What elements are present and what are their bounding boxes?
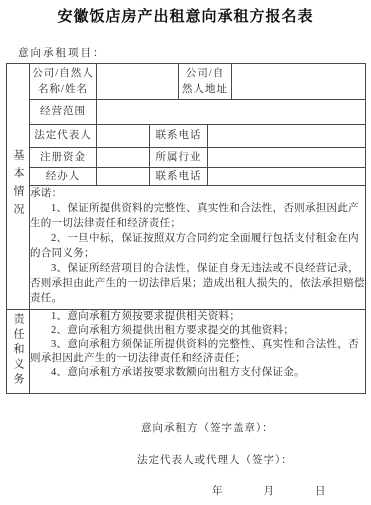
table-row: 注册资金 所属行业 [7, 148, 366, 168]
commitment-item-1: 1、保证所提供资料的完整性、真实性和合法性，否则承担因此产生的一切法律责任和经济… [30, 201, 365, 231]
duty-item-4: 4、意向承租方承诺按要求数额向出租方支付保证金。 [30, 366, 365, 380]
duty-item-1: 1、意向承租方须按要求提供相关资料； [30, 310, 365, 324]
commitment-heading: 承诺： [30, 186, 365, 201]
legal-rep-label: 法定代表人 [30, 125, 97, 148]
commitment-cell: 承诺： 1、保证所提供资料的完整性、真实性和合法性，否则承担因此产生的一切法律责… [30, 186, 366, 310]
section-basic-info: 基本情况 [7, 64, 30, 310]
business-scope-field [97, 100, 366, 125]
legal-rep-field [97, 125, 150, 148]
signature-date-line: 年 月 日 [212, 486, 371, 498]
company-address-field [232, 64, 366, 100]
registered-capital-field [97, 148, 150, 168]
document-page: { "header": { "title": "安徽饭店房产出租意向承租方报名表… [0, 0, 371, 505]
table-row: 责任和义务 1、意向承租方须按要求提供相关资料； 2、意向承租方须提供出租方要求… [7, 310, 366, 394]
registered-capital-label: 注册资金 [30, 148, 97, 168]
industry-field [208, 148, 366, 168]
phone2-label: 联系电话 [150, 168, 208, 186]
signature-rep-line: 法定代表人或代理人（签字）： [137, 455, 371, 467]
page-title: 安徽饭店房产出租意向承租方报名表 [0, 0, 371, 22]
form-table: 基本情况 公司/自然人 名称/姓名 公司/自 然人地址 经营范围 法定代表人 联… [6, 63, 366, 394]
duty-item-3: 3、意向承租方须保证所提供资料的完整性、真实性和合法性，否则承担因此产生的一切法… [30, 338, 365, 366]
phone1-field [208, 125, 366, 148]
section-basic-info-label: 基本情况 [10, 149, 26, 221]
phone2-field [208, 168, 366, 186]
section-duties-label: 责任和义务 [10, 313, 26, 388]
duties-cell: 1、意向承租方须按要求提供相关资料； 2、意向承租方须提供出租方要求提交的其他资… [30, 310, 366, 394]
duty-item-2: 2、意向承租方须提供出租方要求提交的其他资料； [30, 324, 365, 338]
project-label: 意向承租项目： [18, 47, 371, 60]
date-day-label: 日 [315, 486, 327, 498]
commitment-item-2: 2、一旦中标，保证按照双方合同约定全面履行包括支付租金在内的合同义务； [30, 231, 365, 261]
handler-field [97, 168, 150, 186]
signature-block: 意向承租方（签字盖章）： 法定代表人或代理人（签字）： 年 月 日 [0, 423, 371, 498]
company-name-label: 公司/自然人 名称/姓名 [30, 64, 97, 100]
table-row: 基本情况 公司/自然人 名称/姓名 公司/自 然人地址 [7, 64, 366, 100]
table-row: 经营范围 [7, 100, 366, 125]
industry-label: 所属行业 [150, 148, 208, 168]
commitment-item-3: 3、保证所经营项目的合法性，保证自身无违法或不良经营记录，否则承担由此产生的一切… [30, 261, 365, 306]
handler-label: 经办人 [30, 168, 97, 186]
company-address-label: 公司/自 然人地址 [179, 64, 232, 100]
company-name-field [97, 64, 179, 100]
business-scope-label: 经营范围 [30, 100, 97, 125]
date-month-label: 月 [264, 486, 276, 498]
phone1-label: 联系电话 [150, 125, 208, 148]
table-row: 法定代表人 联系电话 [7, 125, 366, 148]
table-row: 经办人 联系电话 [7, 168, 366, 186]
date-year-label: 年 [212, 486, 224, 498]
section-duties: 责任和义务 [7, 310, 30, 394]
table-row: 承诺： 1、保证所提供资料的完整性、真实性和合法性，否则承担因此产生的一切法律责… [7, 186, 366, 310]
signature-tenant-line: 意向承租方（签字盖章）： [141, 423, 371, 435]
